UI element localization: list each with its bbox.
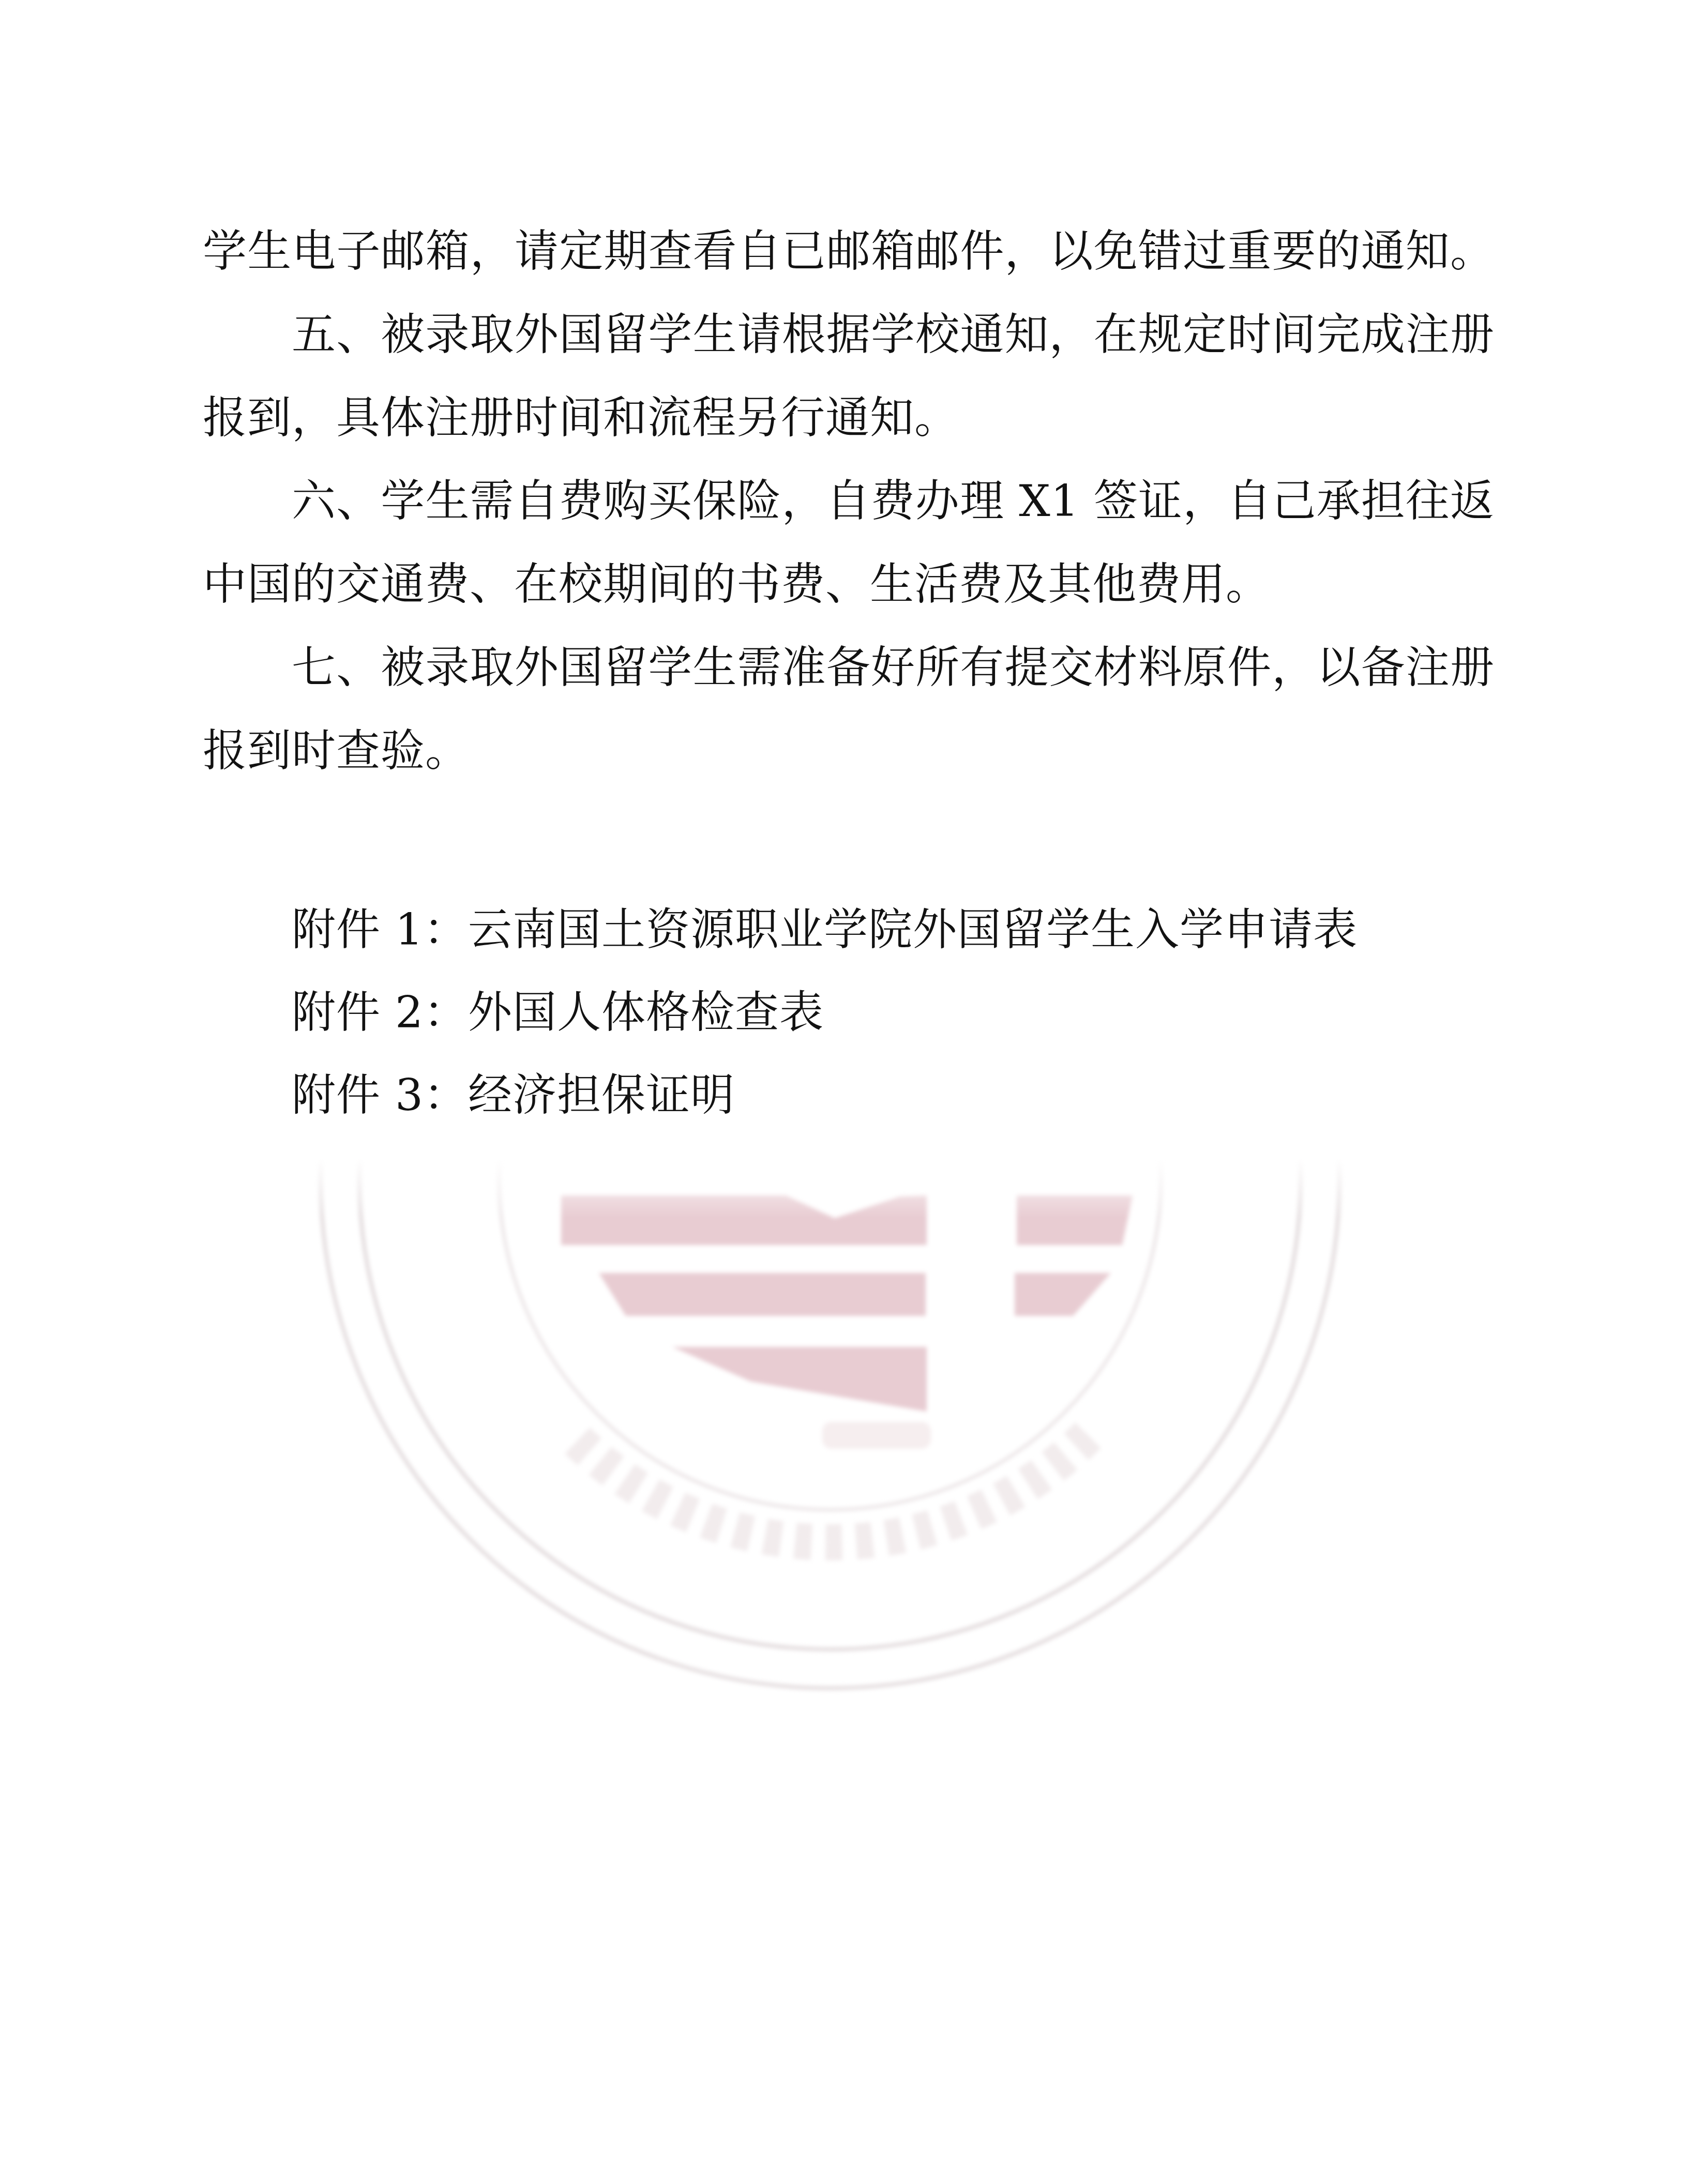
attachments-block: 附件 1：云南国土资源职业学院外国留学生入学申请表 附件 2：外国人体格检查表 … xyxy=(203,889,1495,1137)
seal-emblem-faint-smudge xyxy=(822,1422,931,1449)
seal-outer-ring xyxy=(321,670,1339,1688)
seal-middle-ring xyxy=(359,708,1301,1649)
text-line: 报到，具体注册时间和流程另行通知。 xyxy=(203,376,1495,460)
seal-emblem-bar-bottom-wedge xyxy=(672,1347,927,1412)
attachment-line: 附件 3：经济担保证明 xyxy=(203,1054,1495,1137)
seal-curved-text-smudge xyxy=(572,1435,1088,1542)
text-line: 七、被录取外国留学生需准备好所有提交材料原件，以备注册 xyxy=(203,626,1495,709)
text-line: 中国的交通费、在校期间的书费、生活费及其他费用。 xyxy=(203,543,1495,626)
seal-emblem-bar-middle-right xyxy=(1015,1273,1111,1316)
document-page: 学生电子邮箱，请定期查看自已邮箱邮件，以免错过重要的通知。 五、被录取外国留学生… xyxy=(0,0,1688,2184)
attachment-line: 附件 1：云南国土资源职业学院外国留学生入学申请表 xyxy=(203,889,1495,972)
attachment-line: 附件 2：外国人体格检查表 xyxy=(203,972,1495,1054)
text-line: 五、被录取外国留学生请根据学校通知，在规定时间完成注册 xyxy=(203,293,1495,376)
seal-emblem-bar-top-right xyxy=(1017,1195,1133,1245)
seal-emblem-bar-top-left xyxy=(561,1195,927,1245)
text-line: 学生电子邮箱，请定期查看自已邮箱邮件，以免错过重要的通知。 xyxy=(203,210,1495,293)
seal-emblem-bar-middle-left xyxy=(599,1273,926,1316)
text-line: 报到时查验。 xyxy=(203,709,1495,793)
body-text: 学生电子邮箱，请定期查看自已邮箱邮件，以免错过重要的通知。 五、被录取外国留学生… xyxy=(203,210,1495,793)
text-line: 六、学生需自费购买保险，自费办理 X1 签证，自己承担往返 xyxy=(203,460,1495,543)
